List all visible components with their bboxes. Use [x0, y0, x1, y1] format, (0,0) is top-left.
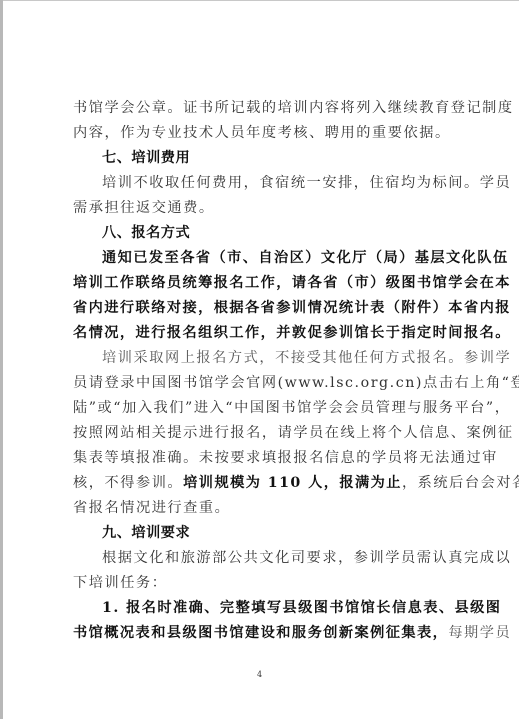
bold-paragraph-line: 名情况，进行报名组织工作，并敦促参训馆长于指定时间报名。 [73, 321, 459, 346]
normal-text: ，系统后台会对各 [402, 475, 519, 491]
page-top-edge [0, 0, 519, 1]
section-heading-registration: 八、报名方式 [73, 221, 459, 246]
paragraph-line: 集表等填报准确。未按要求填报报名信息的学员将无法通过审 [73, 446, 459, 471]
paragraph-line: 省报名情况进行查重。 [73, 496, 459, 521]
bold-paragraph-line: 省内进行联络对接，根据各省参训情况统计表（附件）本省内报 [73, 296, 459, 321]
bold-text-training-scale: 培训规模为 110 人，报满为止 [183, 475, 402, 491]
normal-text: 每期学员 [448, 625, 511, 641]
bold-paragraph-line: 培训工作联络员统筹报名工作，请各省（市）级图书馆学会在本 [73, 271, 459, 296]
bold-text: 书馆概况表和县级图书馆建设和服务创新案例征集表， [73, 625, 448, 641]
paragraph-line: 根据文化和旅游部公共文化司要求，参训学员需认真完成以 [73, 546, 459, 571]
page-number: 4 [0, 670, 519, 679]
paragraph-line: 需承担往返交通费。 [73, 196, 459, 221]
section-heading-requirements: 九、培训要求 [73, 521, 459, 546]
paragraph-line: 下培训任务： [73, 571, 459, 596]
page-left-shadow [0, 0, 3, 719]
paragraph-line-mixed: 核，不得参训。培训规模为 110 人，报满为止，系统后台会对各 [73, 471, 459, 496]
section-heading-fees: 七、培训费用 [73, 146, 459, 171]
paragraph-line: 培训采取网上报名方式，不接受其他任何方式报名。参训学 [73, 346, 459, 371]
bold-paragraph-line: 通知已发至各省（市、自治区）文化厅（局）基层文化队伍 [73, 246, 459, 271]
document-page: 书馆学会公章。证书所记载的培训内容将列入继续教育登记制度 内容，作为专业技术人员… [73, 96, 459, 646]
paragraph-line: 陆”或“加入我们”进入“中国图书馆学会会员管理与服务平台”， [73, 396, 459, 421]
paragraph-line-with-url: 员请登录中国图书馆学会官网(www.lsc.org.cn)点击右上角“登 [73, 371, 459, 396]
paragraph-line: 按照网站相关提示进行报名，请学员在线上将个人信息、案例征 [73, 421, 459, 446]
paragraph-line: 书馆学会公章。证书所记载的培训内容将列入继续教育登记制度 [73, 96, 459, 121]
paragraph-line: 培训不收取任何费用，食宿统一安排，住宿均为标间。学员 [73, 171, 459, 196]
paragraph-line-mixed: 书馆概况表和县级图书馆建设和服务创新案例征集表，每期学员 [73, 621, 459, 646]
paragraph-line: 内容，作为专业技术人员年度考核、聘用的重要依据。 [73, 121, 459, 146]
bold-list-item-1: 1. 报名时准确、完整填写县级图书馆馆长信息表、县级图 [73, 596, 459, 621]
normal-text: 核，不得参训。 [73, 475, 183, 491]
